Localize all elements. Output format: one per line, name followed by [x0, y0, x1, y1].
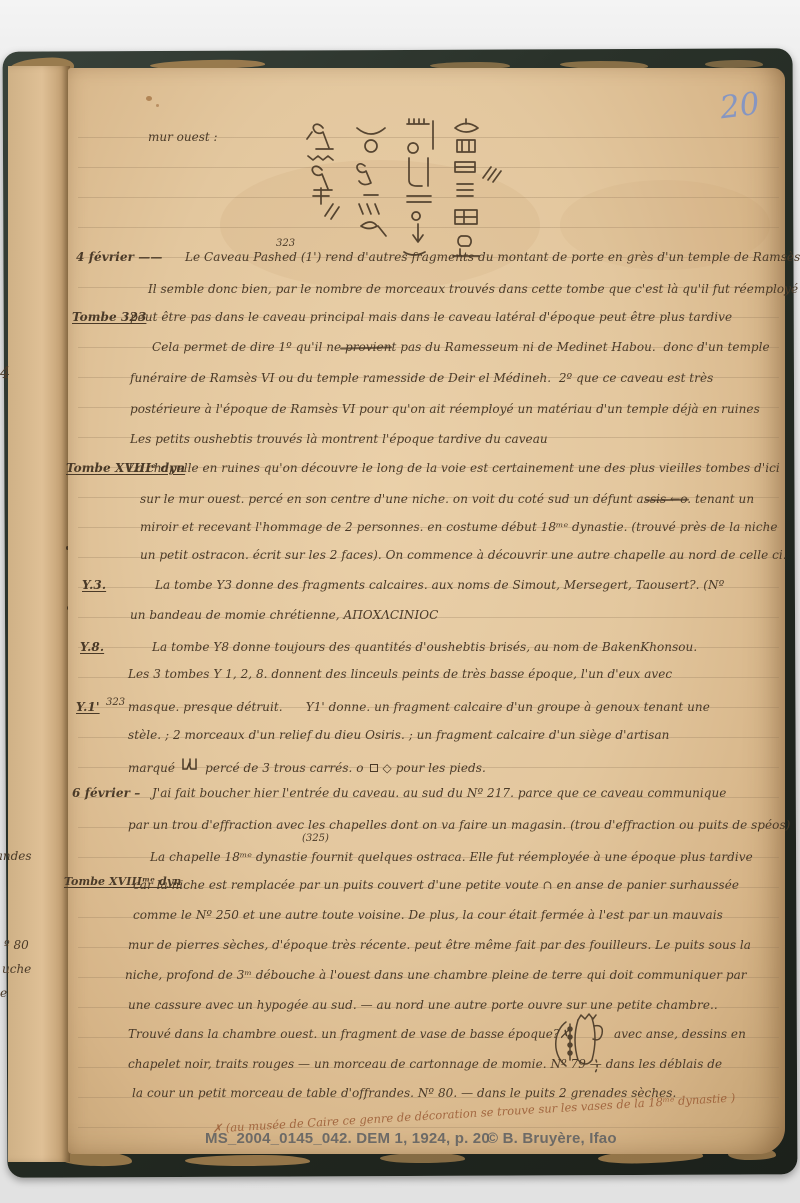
manuscript-text: percé de 3 trous carrés. o — [205, 761, 363, 775]
cover-scuff — [185, 1155, 310, 1166]
manuscript-line: miroir et recevant l'hommage de 2 person… — [140, 520, 778, 534]
manuscript-line: postérieure à l'époque de Ramsès VI pour… — [130, 402, 760, 416]
manuscript-line: La tombe Y3 donne des fragments calcaire… — [155, 578, 724, 592]
square-hole-sketch — [370, 764, 378, 772]
manuscript-line: masque. presque détruit. Y1' donne. un f… — [128, 700, 710, 714]
edge-fragment: randes — [0, 849, 32, 863]
manuscript-line: Il semble donc bien, par le nombre de mo… — [148, 282, 798, 296]
manuscript-line: La chapelle en ruines qu'on découvre le … — [128, 461, 780, 475]
manuscript-line: mur de pierres sèches, d'époque très réc… — [128, 938, 751, 952]
manuscript-line: Les petits oushebtis trouvés là montrent… — [130, 432, 548, 446]
superscript-number: (325) — [302, 833, 329, 845]
manuscript-line: Le Caveau Pashed (1') rend d'autres frag… — [185, 250, 800, 264]
manuscript-line: un petit ostracon. écrit sur les 2 faces… — [140, 548, 787, 562]
manuscript-line: comme le Nº 250 et une autre toute voisi… — [133, 908, 723, 922]
manuscript-line: une cassure avec un hypogée au sud. — au… — [128, 998, 718, 1012]
margin-tomb-label: Y.1' — [76, 700, 100, 714]
manuscript-text: marqué — [128, 761, 175, 775]
manuscript-line: marqué percé de 3 trous carrés. o ◇ pour… — [128, 756, 486, 776]
page-number: 20 — [718, 86, 762, 127]
watermark-reference: MS_2004_0145_042. DEM 1, 1924, p. 20 — [205, 1130, 490, 1147]
hieroglyph-sketch — [295, 116, 540, 271]
edge-fragment: e — [0, 986, 7, 1000]
manuscript-line: chapelet noir, traits rouges — un morcea… — [128, 1057, 722, 1071]
manuscript-line: Les 3 tombes Y 1, 2, 8. donnent des linc… — [128, 667, 672, 681]
manuscript-line: car la niche est remplacée par un puits … — [133, 878, 739, 892]
edge-fragment: º 80 — [4, 938, 29, 952]
manuscript-line: La tombe Y8 donne toujours des quantités… — [152, 640, 697, 654]
manuscript-line: Cela permet de dire 1º qu'il ne provient… — [152, 340, 770, 354]
manuscript-line: La chapelle 18ᵐᵉ dynastie fournit quelqu… — [150, 850, 753, 864]
manuscript-line: funéraire de Ramsès VI ou du temple rame… — [130, 371, 713, 385]
superscript-number: 323 — [276, 238, 295, 250]
manuscript-line: J'ai fait boucher hier l'entrée du cavea… — [152, 786, 726, 800]
margin-tomb-label: Y.3. — [82, 578, 106, 592]
manuscript-line: avec anse, dessins en — [614, 1027, 746, 1041]
manuscript-line: Trouvé dans la chambre ouest. un fragmen… — [128, 1027, 569, 1041]
watermark-copyright: © B. Bruyère, Ifao — [487, 1130, 617, 1147]
manuscript-line: niche, profond de 3ᵐ débouche à l'ouest … — [125, 968, 747, 982]
cover-scuff — [705, 60, 763, 68]
margin-date: 6 février – — [72, 786, 140, 800]
manuscript-line: peut être pas dans le caveau principal m… — [130, 310, 732, 324]
mason-mark-sketch — [181, 756, 199, 772]
wall-label: mur ouest : — [148, 130, 218, 144]
manuscript-text: ◇ pour les pieds. — [383, 761, 486, 775]
margin-tomb-label: Y.8. — [80, 640, 104, 654]
edge-fragment: uche — [2, 962, 31, 976]
notebook-scan: 4 randes º 80 uche e 20 mur ouest : — [0, 0, 800, 1203]
manuscript-line: par un trou d'effraction avec les chapel… — [128, 818, 790, 832]
previous-pages-edge — [8, 66, 70, 1162]
margin-tomb-number: 323 — [106, 697, 125, 709]
manuscript-line: stèle. ; 2 morceaux d'un relief du dieu … — [128, 728, 669, 742]
edge-fragment: 4 — [0, 363, 10, 382]
margin-date: 4 février —— — [76, 250, 163, 264]
manuscript-line: un bandeau de momie chrétienne, ΑΠΟΧΛCΙΝ… — [130, 608, 438, 622]
cover-scuff — [380, 1153, 465, 1163]
